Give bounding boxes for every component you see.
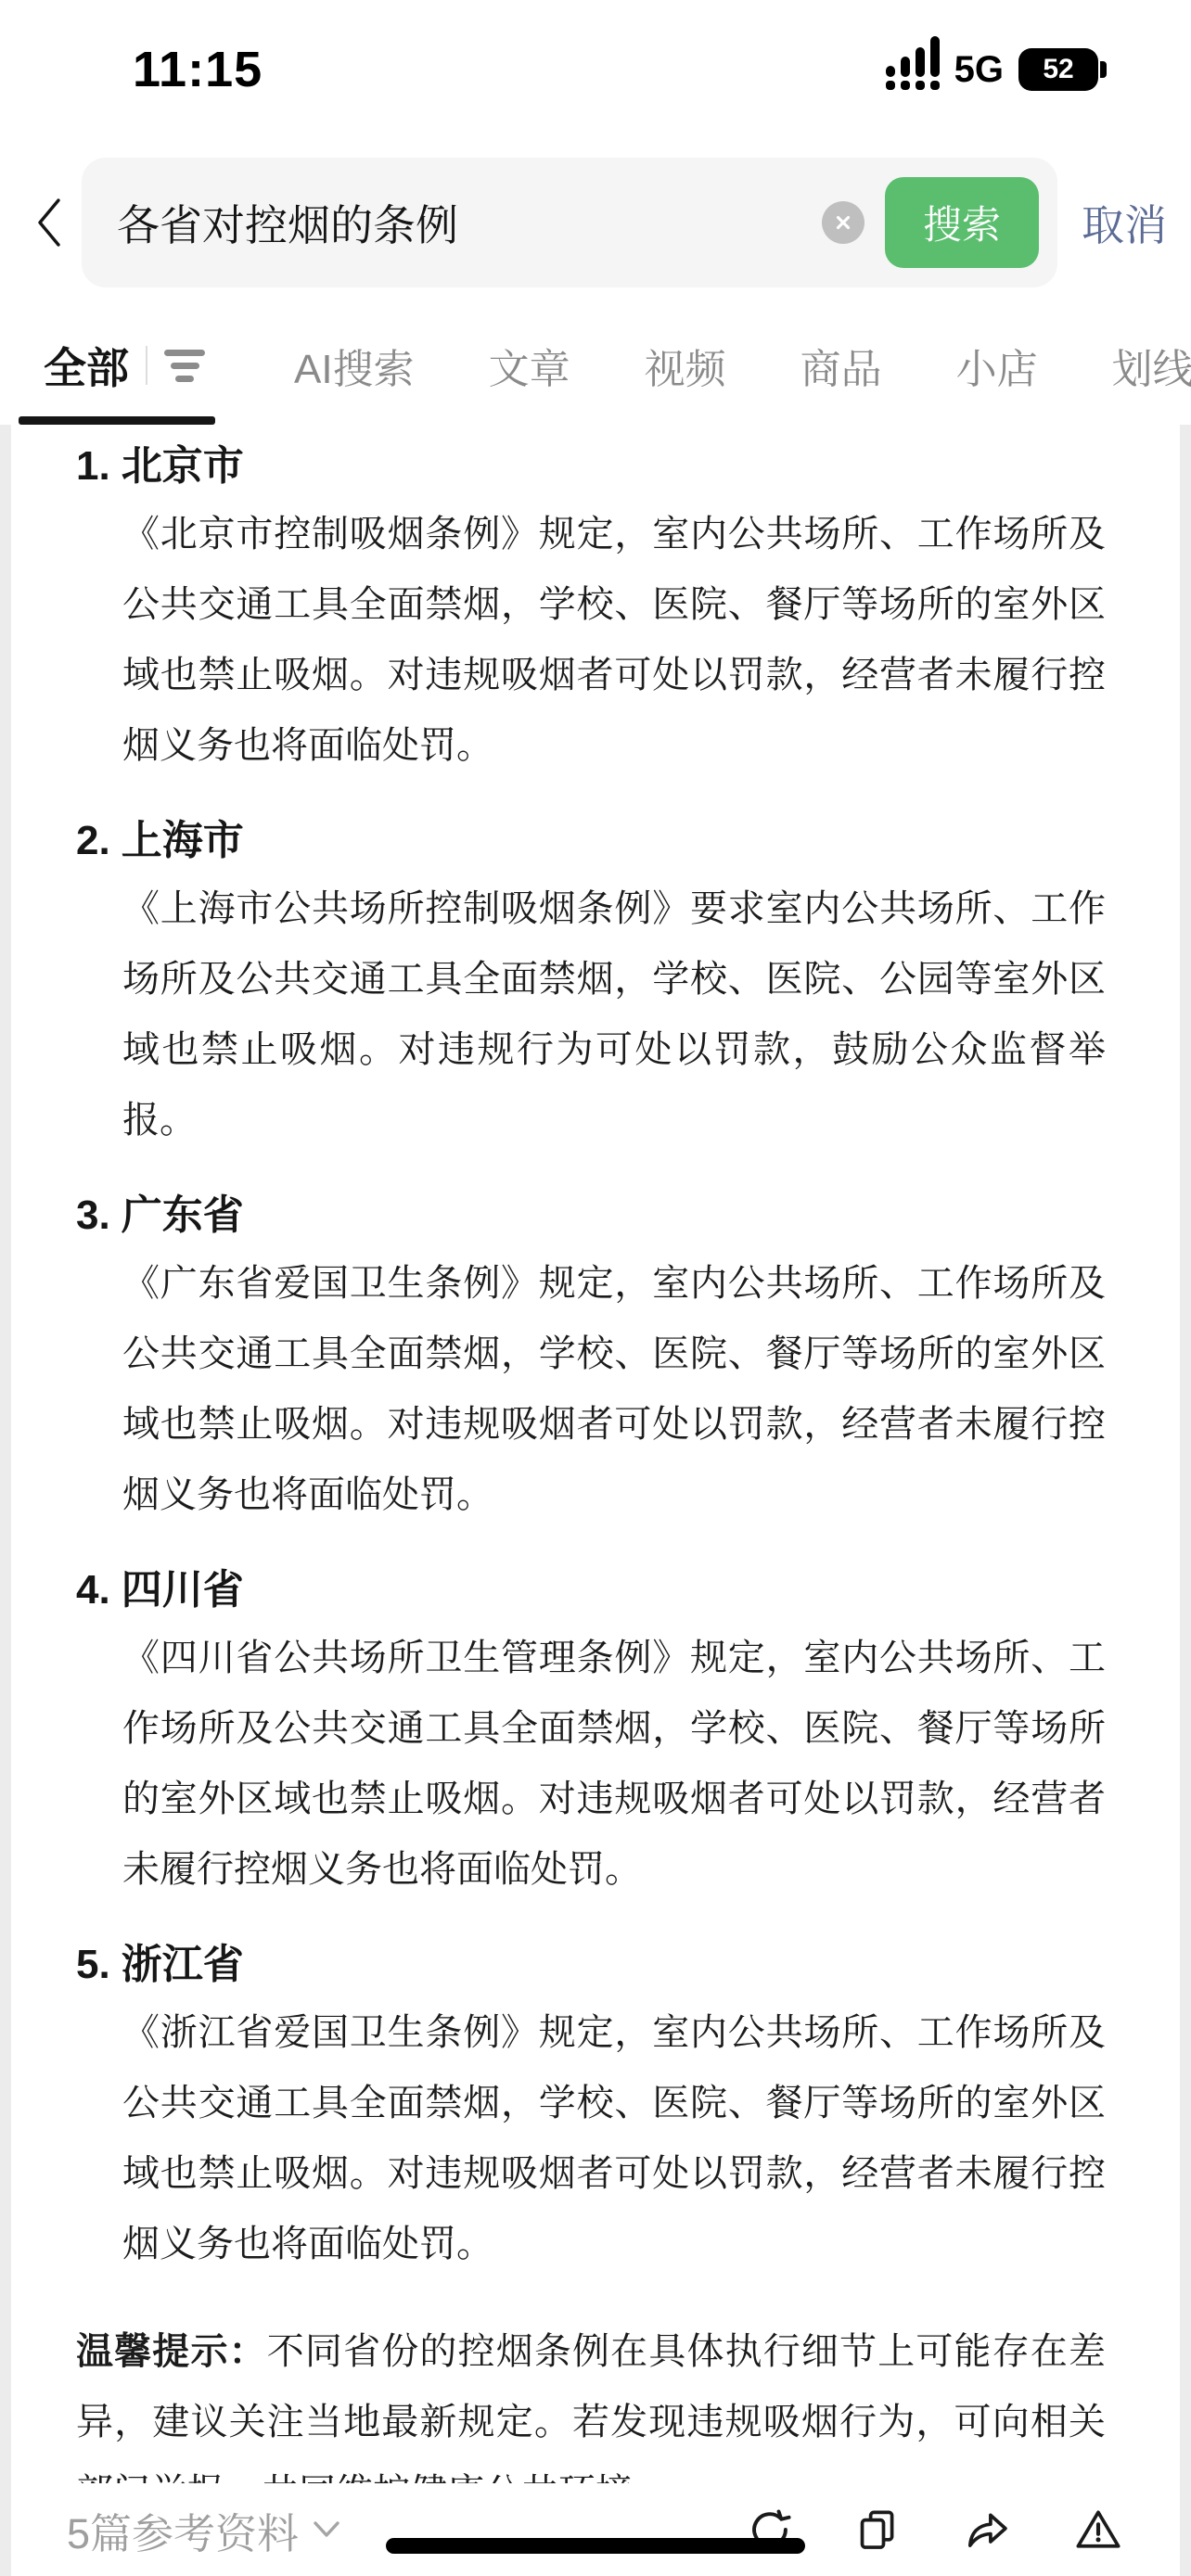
- item-body: 《浙江省爱国卫生条例》规定，室内公共场所、工作场所及公共交通工具全面禁烟，学校、…: [122, 1997, 1106, 2279]
- search-header: 各省对控烟的条例 搜索 取消: [0, 139, 1191, 306]
- battery-nub: [1100, 61, 1107, 78]
- item-number: 2.: [76, 818, 110, 864]
- x-icon: [833, 212, 853, 233]
- list-item: 2. 上海市 《上海市公共场所控制吸烟条例》要求室内公共场所、工作场所及公共交通…: [76, 818, 1106, 1155]
- battery-percent: 52: [1043, 54, 1073, 85]
- tab-divider: [146, 346, 147, 385]
- item-title: 浙江省: [122, 1942, 244, 1988]
- share-button[interactable]: [963, 2506, 1011, 2554]
- active-tab-underline: [19, 416, 215, 425]
- answer-toolbar: 5篇参考资料: [11, 2483, 1180, 2576]
- home-indicator[interactable]: [386, 2538, 805, 2554]
- tab-highlights[interactable]: 划线: [1112, 336, 1191, 395]
- item-number: 4.: [76, 1567, 110, 1613]
- battery-icon: 52: [1018, 48, 1098, 91]
- report-button[interactable]: [1074, 2506, 1122, 2554]
- tip-label: 温馨提示：: [76, 2331, 267, 2372]
- search-button[interactable]: 搜索: [885, 177, 1039, 268]
- tab-ai-search[interactable]: AI搜索: [294, 336, 415, 395]
- copy-icon: [853, 2506, 902, 2554]
- back-button[interactable]: [17, 197, 82, 249]
- list-item: 3. 广东省 《广东省爱国卫生条例》规定，室内公共场所、工作场所及公共交通工具全…: [76, 1192, 1106, 1530]
- chevron-down-icon: [312, 2519, 341, 2540]
- chevron-left-icon: [32, 197, 66, 249]
- list-item: 5. 浙江省 《浙江省爱国卫生条例》规定，室内公共场所、工作场所及公共交通工具全…: [76, 1942, 1106, 2279]
- item-title: 广东省: [122, 1192, 244, 1239]
- filter-lines-icon[interactable]: [164, 350, 205, 382]
- item-title: 四川省: [122, 1567, 244, 1613]
- tab-shops[interactable]: 小店: [956, 336, 1038, 395]
- tab-all[interactable]: 全部: [44, 335, 129, 396]
- references-toggle[interactable]: 5篇参考资料: [67, 2500, 341, 2560]
- item-body: 《北京市控制吸烟条例》规定，室内公共场所、工作场所及公共交通工具全面禁烟，学校、…: [122, 499, 1106, 781]
- list-item: 1. 北京市 《北京市控制吸烟条例》规定，室内公共场所、工作场所及公共交通工具全…: [76, 443, 1106, 781]
- list-item: 4. 四川省 《四川省公共场所卫生管理条例》规定，室内公共场所、工作场所及公共交…: [76, 1567, 1106, 1905]
- tab-articles[interactable]: 文章: [489, 336, 570, 395]
- ai-answer-card: 1. 北京市 《北京市控制吸烟条例》规定，室内公共场所、工作场所及公共交通工具全…: [11, 425, 1180, 2576]
- status-indicators: 5G 52: [886, 48, 1106, 91]
- clear-search-button[interactable]: [822, 201, 864, 244]
- item-number: 1.: [76, 443, 110, 490]
- item-title: 上海市: [122, 818, 244, 864]
- copy-button[interactable]: [853, 2506, 902, 2554]
- item-body: 《上海市公共场所控制吸烟条例》要求室内公共场所、工作场所及公共交通工具全面禁烟，…: [122, 874, 1106, 1155]
- network-type-label: 5G: [954, 49, 1004, 91]
- item-title: 北京市: [122, 443, 244, 490]
- share-arrow-icon: [963, 2506, 1011, 2554]
- status-bar: 11:15 5G 52: [0, 0, 1191, 139]
- references-label: 5篇参考资料: [67, 2500, 299, 2560]
- item-number: 3.: [76, 1192, 110, 1239]
- tab-goods[interactable]: 商品: [800, 336, 882, 395]
- search-input[interactable]: 各省对控烟的条例 搜索: [82, 158, 1057, 287]
- item-body: 《四川省公共场所卫生管理条例》规定，室内公共场所、工作场所及公共交通工具全面禁烟…: [122, 1623, 1106, 1905]
- result-tab-bar: 全部 AI搜索 文章 视频 商品 小店 划线: [0, 306, 1191, 425]
- tab-videos[interactable]: 视频: [645, 336, 726, 395]
- search-query-text[interactable]: 各省对控烟的条例: [117, 192, 822, 253]
- item-body: 《广东省爱国卫生条例》规定，室内公共场所、工作场所及公共交通工具全面禁烟，学校、…: [122, 1248, 1106, 1530]
- clock: 11:15: [133, 41, 263, 98]
- warning-triangle-icon: [1074, 2506, 1122, 2554]
- item-number: 5.: [76, 1942, 110, 1988]
- cellular-signal-icon: [886, 49, 940, 90]
- cancel-button[interactable]: 取消: [1082, 192, 1167, 253]
